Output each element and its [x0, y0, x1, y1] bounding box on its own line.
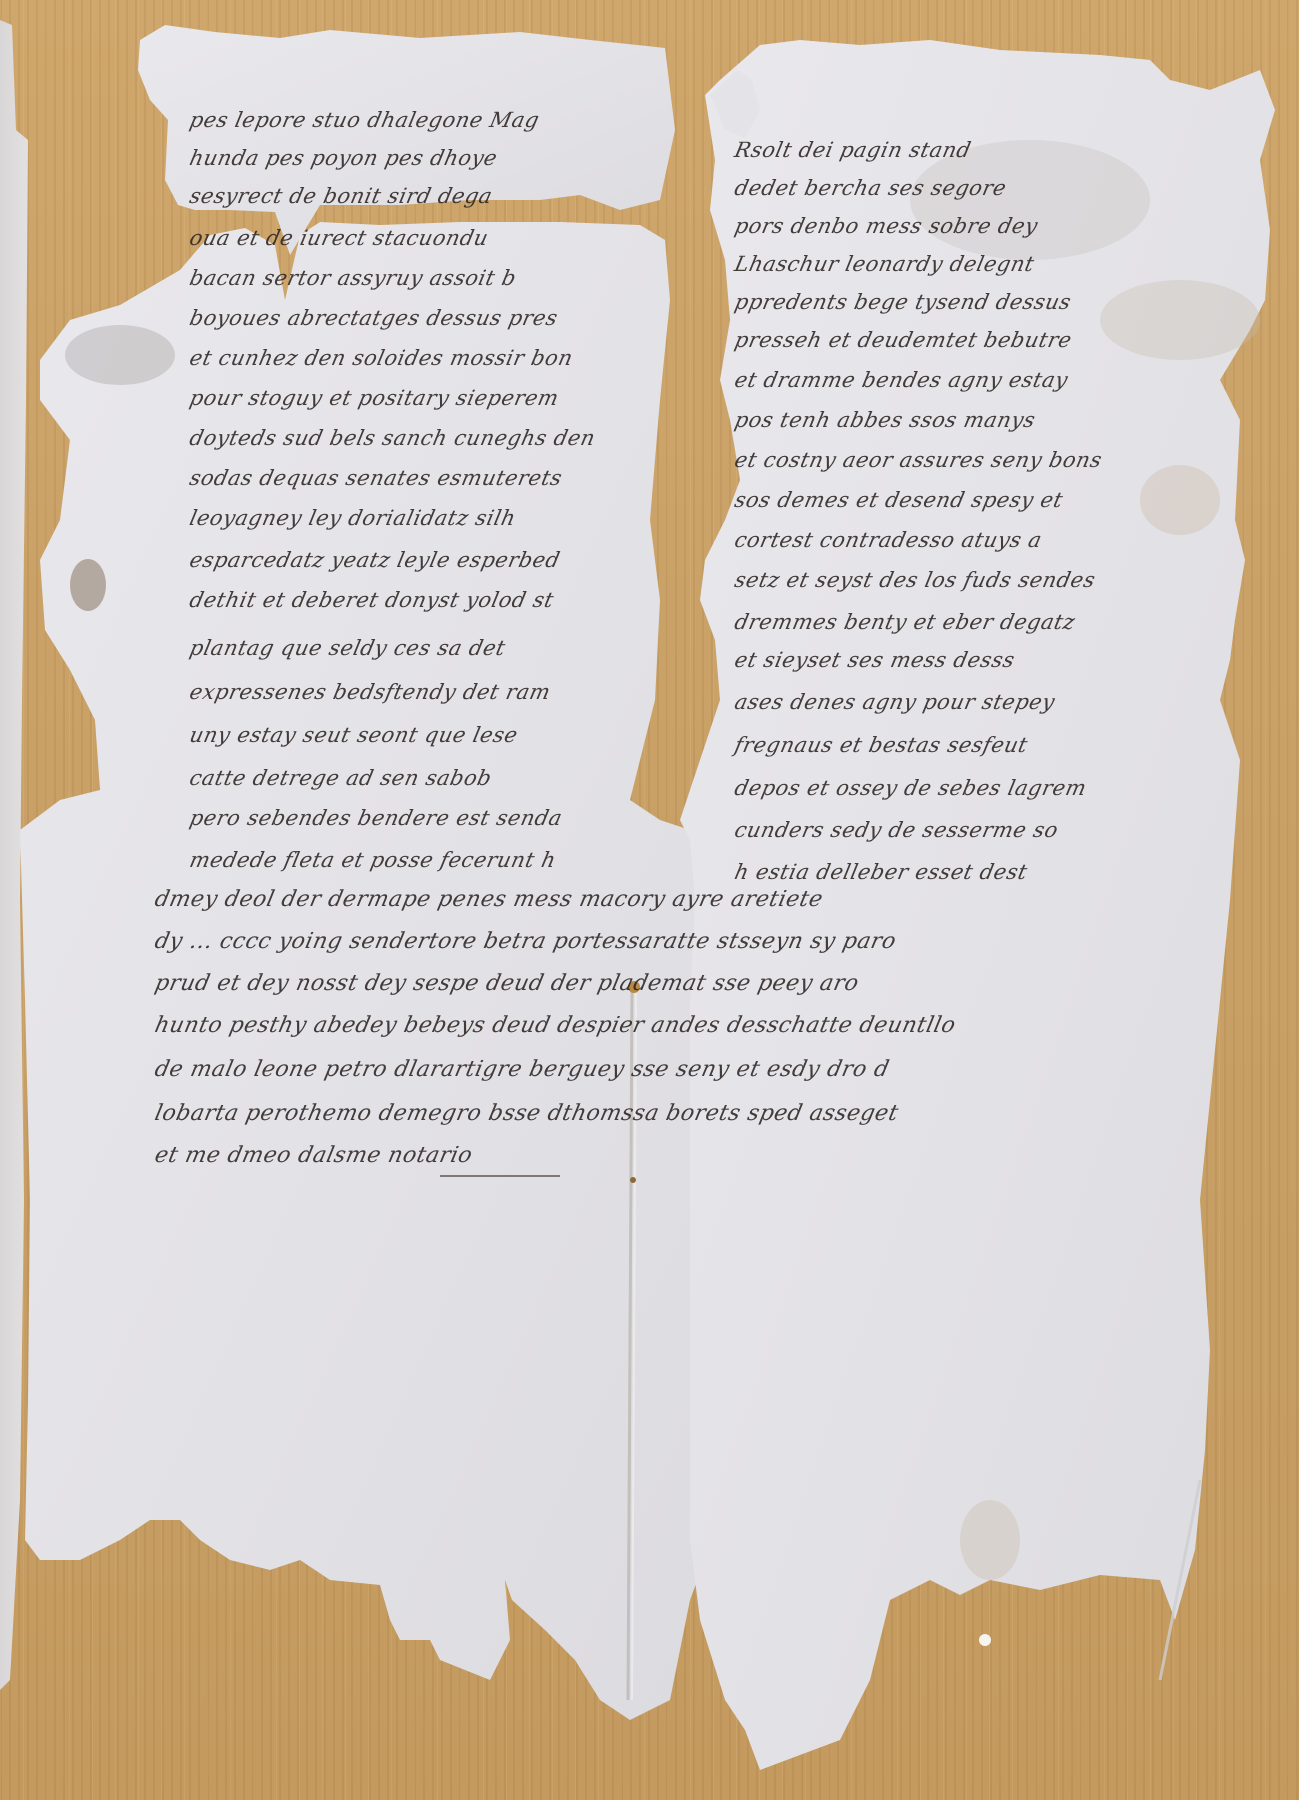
text-line: bacan sertor assyruy assoit b — [186, 258, 521, 298]
text-line: fregnaus et bestas sesfeut — [731, 725, 1032, 765]
text-line: Lhaschur leonardy delegnt — [731, 244, 1039, 284]
text-line: setz et seyst des los fuds sendes — [731, 560, 1100, 600]
text-line: de malo leone petro dlarartigre berguey … — [151, 1050, 893, 1090]
text-line: pes lepore stuo dhalegone Mag — [186, 100, 544, 140]
text-line: dy ... cccc yoing sendertore betra porte… — [151, 922, 900, 962]
text-line: pors denbo mess sobre dey — [731, 206, 1042, 246]
manuscript-photo: pes lepore stuo dhalegone Mag hunda pes … — [0, 0, 1299, 1800]
text-line: plantag que seldy ces sa det — [186, 628, 510, 668]
text-line: pero sebendes bendere est senda — [186, 798, 567, 838]
text-line: et costny aeor assures seny bons — [731, 440, 1106, 480]
text-line: uny estay seut seont que lese — [186, 715, 522, 755]
text-line: catte detrege ad sen sabob — [186, 758, 496, 798]
signature-underline — [440, 1175, 560, 1177]
text-line: cunders sedy de sesserme so — [731, 810, 1063, 850]
text-line: hunda pes poyon pes dhoye — [186, 138, 502, 178]
text-line: lobarta perothemo demegro bsse dthomssa … — [151, 1094, 902, 1134]
text-line: expressenes bedsftendy det ram — [186, 672, 555, 712]
text-line: leoyagney ley dorialidatz silh — [186, 498, 520, 538]
text-line: et sieyset ses mess desss — [731, 640, 1019, 680]
text-line: medede fleta et posse fecerunt h — [186, 840, 560, 880]
text-line: presseh et deudemtet bebutre — [731, 320, 1076, 360]
text-line: cortest contradesso atuys a — [731, 520, 1046, 560]
text-line: dmey deol der dermape penes mess macory … — [151, 880, 827, 920]
text-line: sodas dequas senates esmuterets — [186, 458, 566, 498]
text-line: depos et ossey de sebes lagrem — [731, 768, 1091, 808]
text-line: boyoues abrectatges dessus pres — [186, 298, 562, 338]
text-line: dedet bercha ses segore — [731, 168, 1011, 208]
text-line: sos demes et desend spesy et — [731, 480, 1067, 520]
text-line: prud et dey nosst dey sespe deud der pla… — [151, 964, 863, 1004]
text-line: et me dmeo dalsme notario — [151, 1136, 477, 1176]
text-line: pos tenh abbes ssos manys — [731, 400, 1040, 440]
text-line: ases denes agny pour stepey — [731, 682, 1059, 722]
text-line: Rsolt dei pagin stand — [731, 130, 975, 170]
text-line: et dramme bendes agny estay — [731, 360, 1072, 400]
text-line: ppredents bege tysend dessus — [731, 282, 1075, 322]
text-line: oua et de iurect stacuondu — [186, 218, 493, 258]
text-line: esparcedatz yeatz leyle esperbed — [186, 540, 564, 580]
text-line: hunto pesthy abedey bebeys deud despier … — [151, 1006, 960, 1046]
text-line: sesyrect de bonit sird dega — [186, 176, 497, 216]
text-line: dremmes benty et eber degatz — [731, 602, 1079, 642]
text-line: et cunhez den soloides mossir bon — [186, 338, 577, 378]
text-line: pour stoguy et positary sieperem — [186, 378, 563, 418]
text-line: doyteds sud bels sanch cuneghs den — [186, 418, 600, 458]
text-line: dethit et deberet donyst yolod st — [186, 580, 558, 620]
